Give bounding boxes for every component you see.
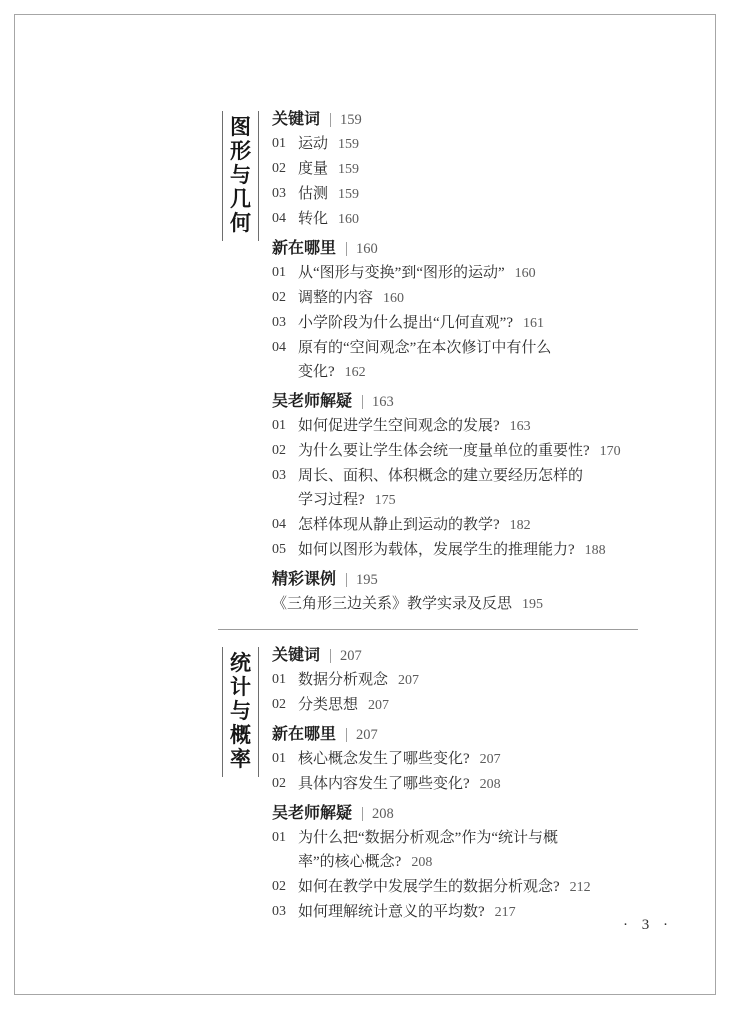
toc-item-text-block: 如何促进学生空间观念的发展?163 (298, 414, 638, 439)
toc-group-heading: 关键词159 (272, 108, 638, 132)
toc-item-title: 核心概念发生了哪些变化? (298, 751, 470, 767)
toc-item-page-number: 207 (480, 752, 501, 767)
toc-item: 04转化160 (272, 207, 638, 232)
toc-item: 01核心概念发生了哪些变化?207 (272, 747, 638, 772)
toc-group-title: 新在哪里 (272, 723, 336, 747)
toc-item-page-number: 208 (411, 855, 432, 870)
toc-group-page-number: 159 (340, 108, 362, 132)
toc-item: 03小学阶段为什么提出“几何直观”?161 (272, 311, 638, 336)
toc-item-text-block: 运动159 (298, 132, 638, 157)
toc-item-page-number: 159 (338, 162, 359, 177)
toc-group-title: 吴老师解疑 (272, 802, 352, 826)
section-content: 关键词15901运动15902度量15903估测15904转化160新在哪里16… (272, 108, 638, 617)
toc-item-number: 01 (272, 414, 298, 439)
toc-item-page-number: 188 (585, 543, 606, 558)
section-label-char: 与 (230, 164, 251, 188)
toc-item-number: 02 (272, 157, 298, 182)
toc-item: 02分类思想207 (272, 693, 638, 718)
toc-item-number: 05 (272, 538, 298, 563)
section-label-column: 统计与概率 (218, 644, 272, 777)
toc-item-number: 01 (272, 132, 298, 157)
toc-item-title: 从“图形与变换”到“图形的运动” (298, 265, 505, 281)
toc-item-number: 04 (272, 336, 298, 385)
section-label-column: 图形与几何 (218, 108, 272, 241)
toc-item-text-block: 《三角形三边关系》教学实录及反思195 (272, 592, 638, 617)
toc-group-page-number: 195 (356, 568, 378, 592)
toc-group: 关键词20701数据分析观念20702分类思想207 (272, 644, 638, 718)
section-label-char: 与 (230, 700, 251, 724)
toc-group-title: 关键词 (272, 644, 320, 668)
toc-item-page-number: 217 (495, 905, 516, 920)
toc-item-number: 02 (272, 286, 298, 311)
page-number: · 3 · (608, 917, 688, 934)
section-label-char: 何 (230, 212, 251, 236)
heading-separator-rule (362, 395, 363, 409)
toc-group-title: 精彩课例 (272, 568, 336, 592)
toc-item-title: 如何在教学中发展学生的数据分析观念? (298, 879, 560, 895)
toc-item-text-block: 度量159 (298, 157, 638, 182)
toc-group-heading: 关键词207 (272, 644, 638, 668)
toc-item-text-block: 转化160 (298, 207, 638, 232)
toc-item-text-block: 具体内容发生了哪些变化?208 (298, 772, 638, 797)
toc-group: 吴老师解疑20801为什么把“数据分析观念”作为“统计与概 率”的核心概念?20… (272, 802, 638, 925)
toc-item: 02具体内容发生了哪些变化?208 (272, 772, 638, 797)
toc-item-text-block: 分类思想207 (298, 693, 638, 718)
toc-group-title: 吴老师解疑 (272, 390, 352, 414)
toc-group-heading: 吴老师解疑163 (272, 390, 638, 414)
toc-item-title: 为什么要让学生体会统一度量单位的重要性? (298, 443, 590, 459)
heading-separator-rule (346, 242, 347, 256)
toc-item-text-block: 怎样体现从静止到运动的教学?182 (298, 513, 638, 538)
toc-group-heading: 精彩课例195 (272, 568, 638, 592)
toc-item-number: 01 (272, 668, 298, 693)
section-content: 关键词20701数据分析观念20702分类思想207新在哪里20701核心概念发… (272, 644, 638, 925)
toc-group: 新在哪里16001从“图形与变换”到“图形的运动”16002调整的内容16003… (272, 237, 638, 385)
toc-item-text-block: 核心概念发生了哪些变化?207 (298, 747, 638, 772)
section-label-char: 图 (230, 116, 251, 140)
toc-item-page-number: 162 (345, 365, 366, 380)
toc-section-geometry: 图形与几何关键词15901运动15902度量15903估测15904转化160新… (218, 108, 638, 617)
toc-item-page-number: 170 (600, 444, 621, 459)
section-label-char: 形 (230, 140, 251, 164)
toc-item: 04原有的“空间观念”在本次修订中有什么 变化?162 (272, 336, 638, 385)
toc-item-title: 原有的“空间观念”在本次修订中有什么 变化? (298, 340, 551, 380)
toc-item-page-number: 175 (375, 493, 396, 508)
toc-group-page-number: 160 (356, 237, 378, 261)
toc-item-page-number: 195 (522, 597, 543, 612)
section-label-geometry: 图形与几何 (222, 111, 259, 241)
section-label-char: 计 (230, 676, 251, 700)
toc-item-title: 分类思想 (298, 697, 358, 713)
toc-item-text-block: 为什么把“数据分析观念”作为“统计与概 率”的核心概念?208 (298, 826, 638, 875)
toc-group-heading: 新在哪里160 (272, 237, 638, 261)
toc-item-title: 如何促进学生空间观念的发展? (298, 418, 500, 434)
toc-item-page-number: 207 (398, 673, 419, 688)
toc-item-title: 估测 (298, 186, 328, 202)
toc-item-text-block: 如何在教学中发展学生的数据分析观念?212 (298, 875, 638, 900)
toc-item-number: 02 (272, 875, 298, 900)
toc-group-title: 新在哪里 (272, 237, 336, 261)
toc-item-page-number: 208 (480, 777, 501, 792)
toc-item-page-number: 159 (338, 187, 359, 202)
toc-item: 05如何以图形为载体，发展学生的推理能力?188 (272, 538, 638, 563)
toc-item-title: 如何理解统计意义的平均数? (298, 904, 485, 920)
toc-item-title: 如何以图形为载体，发展学生的推理能力? (298, 542, 575, 558)
toc-item: 01数据分析观念207 (272, 668, 638, 693)
section-label-char: 几 (230, 188, 251, 212)
section-label-statistics: 统计与概率 (222, 647, 259, 777)
toc-item-title: 小学阶段为什么提出“几何直观”? (298, 315, 513, 331)
toc-item-title: 调整的内容 (298, 290, 373, 306)
toc-item: 01为什么把“数据分析观念”作为“统计与概 率”的核心概念?208 (272, 826, 638, 875)
section-label-char: 概 (230, 724, 251, 748)
toc-item-number: 03 (272, 311, 298, 336)
toc-group-page-number: 163 (372, 390, 394, 414)
toc-item: 01运动159 (272, 132, 638, 157)
toc-item-page-number: 160 (515, 266, 536, 281)
toc-item: 04怎样体现从静止到运动的教学?182 (272, 513, 638, 538)
section-label-char: 率 (230, 748, 251, 772)
toc-item-title: 转化 (298, 211, 328, 227)
toc-item-page-number: 207 (368, 698, 389, 713)
toc-item-page-number: 182 (510, 518, 531, 533)
toc-item-number: 01 (272, 261, 298, 286)
toc-group: 吴老师解疑16301如何促进学生空间观念的发展?16302为什么要让学生体会统一… (272, 390, 638, 563)
toc-group-heading: 吴老师解疑208 (272, 802, 638, 826)
toc-item-text-block: 如何以图形为载体，发展学生的推理能力?188 (298, 538, 638, 563)
toc-item-title: 度量 (298, 161, 328, 177)
toc-item: 02度量159 (272, 157, 638, 182)
toc-item-text-block: 周长、面积、体积概念的建立要经历怎样的 学习过程?175 (298, 464, 638, 513)
toc-item-title: 运动 (298, 136, 328, 152)
toc-item-page-number: 160 (338, 212, 359, 227)
toc-item-title: 怎样体现从静止到运动的教学? (298, 517, 500, 533)
toc-group-page-number: 207 (340, 644, 362, 668)
toc-item-number: 02 (272, 772, 298, 797)
heading-separator-rule (362, 807, 363, 821)
toc-item-number: 01 (272, 826, 298, 875)
toc-item-number: 02 (272, 439, 298, 464)
toc-item: 03如何理解统计意义的平均数?217 (272, 900, 638, 925)
toc-item-number: 04 (272, 207, 298, 232)
toc-item-text-block: 原有的“空间观念”在本次修订中有什么 变化?162 (298, 336, 638, 385)
toc-group: 精彩课例195《三角形三边关系》教学实录及反思195 (272, 568, 638, 617)
heading-separator-rule (330, 649, 331, 663)
toc-item: 02调整的内容160 (272, 286, 638, 311)
toc-section-statistics: 统计与概率关键词20701数据分析观念20702分类思想207新在哪里20701… (218, 644, 638, 925)
toc-item-page-number: 161 (523, 316, 544, 331)
toc-item: 03估测159 (272, 182, 638, 207)
toc-group-page-number: 208 (372, 802, 394, 826)
section-label-char: 统 (230, 652, 251, 676)
toc-group: 关键词15901运动15902度量15903估测15904转化160 (272, 108, 638, 232)
toc-item-number: 03 (272, 900, 298, 925)
toc-item-number: 01 (272, 747, 298, 772)
toc-item-title: 《三角形三边关系》教学实录及反思 (272, 596, 512, 612)
toc-item-text-block: 小学阶段为什么提出“几何直观”?161 (298, 311, 638, 336)
toc-item-title: 周长、面积、体积概念的建立要经历怎样的 学习过程? (298, 468, 583, 508)
toc-item-number: 04 (272, 513, 298, 538)
table-of-contents: 图形与几何关键词15901运动15902度量15903估测15904转化160新… (218, 108, 638, 925)
toc-item: 02如何在教学中发展学生的数据分析观念?212 (272, 875, 638, 900)
toc-item-page-number: 159 (338, 137, 359, 152)
toc-item: 《三角形三边关系》教学实录及反思195 (272, 592, 638, 617)
toc-item: 01从“图形与变换”到“图形的运动”160 (272, 261, 638, 286)
toc-group-title: 关键词 (272, 108, 320, 132)
toc-item-text-block: 估测159 (298, 182, 638, 207)
toc-item-page-number: 163 (510, 419, 531, 434)
toc-item-number: 03 (272, 464, 298, 513)
toc-item: 01如何促进学生空间观念的发展?163 (272, 414, 638, 439)
toc-item: 02为什么要让学生体会统一度量单位的重要性?170 (272, 439, 638, 464)
toc-item-number: 03 (272, 182, 298, 207)
heading-separator-rule (346, 728, 347, 742)
heading-separator-rule (346, 573, 347, 587)
toc-item-text-block: 为什么要让学生体会统一度量单位的重要性?170 (298, 439, 638, 464)
toc-item-title: 数据分析观念 (298, 672, 388, 688)
heading-separator-rule (330, 113, 331, 127)
toc-group-page-number: 207 (356, 723, 378, 747)
toc-item-text-block: 数据分析观念207 (298, 668, 638, 693)
section-divider (218, 629, 638, 630)
toc-item-number: 02 (272, 693, 298, 718)
toc-item: 03周长、面积、体积概念的建立要经历怎样的 学习过程?175 (272, 464, 638, 513)
toc-item-text-block: 调整的内容160 (298, 286, 638, 311)
toc-item-page-number: 212 (570, 880, 591, 895)
toc-group-heading: 新在哪里207 (272, 723, 638, 747)
toc-item-page-number: 160 (383, 291, 404, 306)
toc-item-title: 具体内容发生了哪些变化? (298, 776, 470, 792)
toc-group: 新在哪里20701核心概念发生了哪些变化?20702具体内容发生了哪些变化?20… (272, 723, 638, 797)
toc-item-text-block: 从“图形与变换”到“图形的运动”160 (298, 261, 638, 286)
toc-item-text-block: 如何理解统计意义的平均数?217 (298, 900, 638, 925)
